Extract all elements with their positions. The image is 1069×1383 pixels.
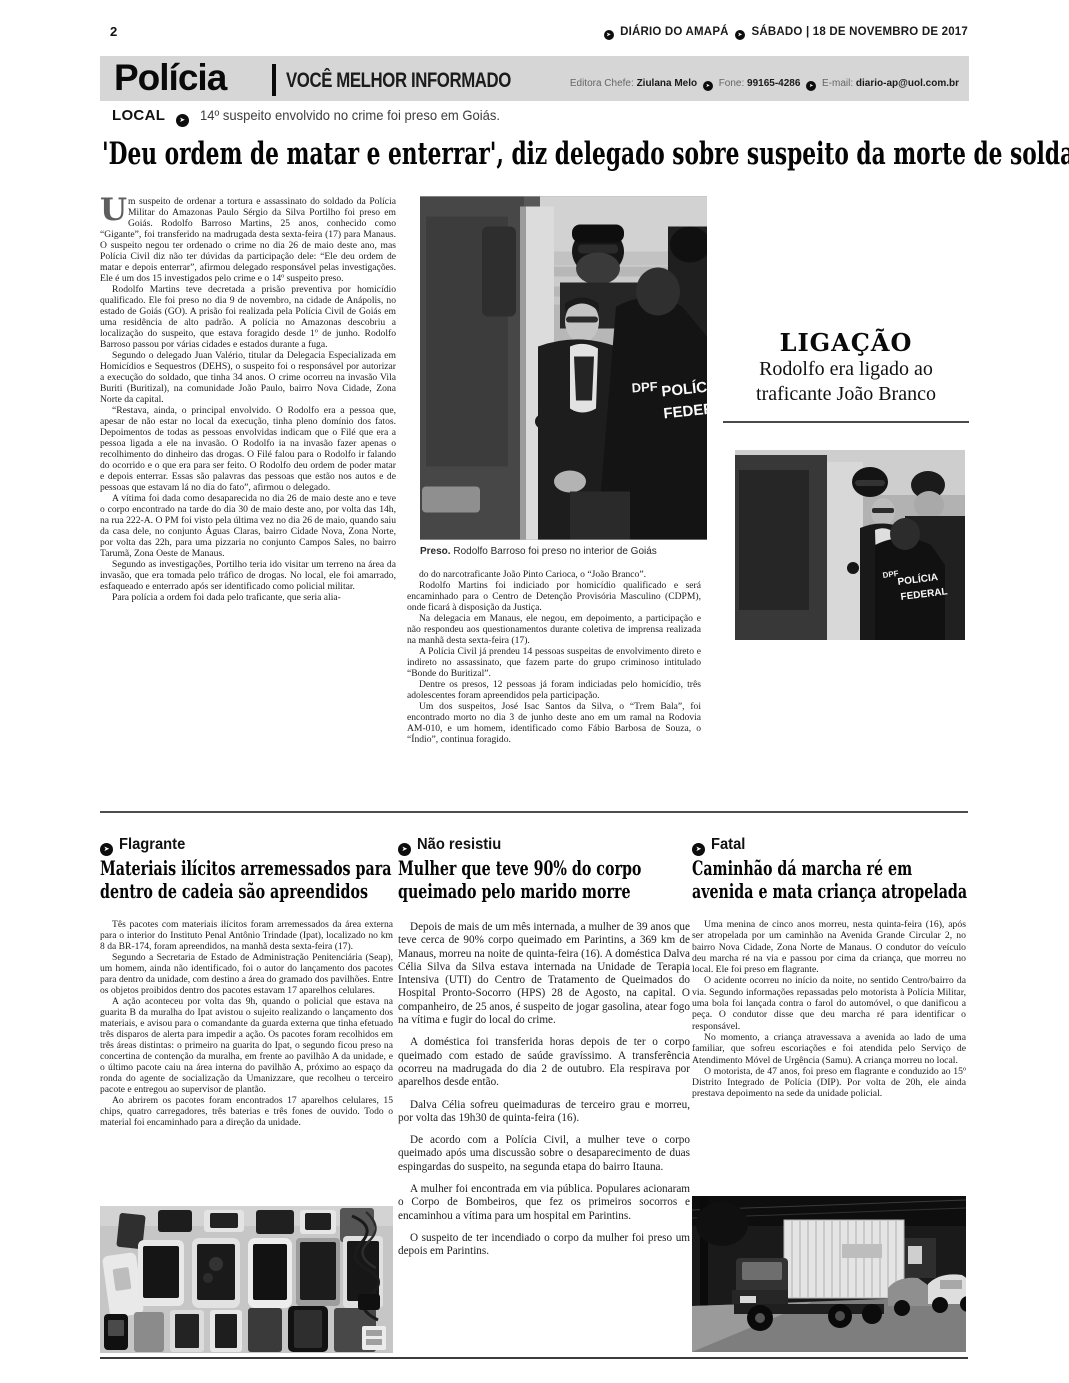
lead-paragraph: Rodolfo Martins foi indiciado por homicí… bbox=[407, 580, 701, 613]
bottom-page-rule bbox=[100, 1357, 968, 1359]
body-paragraph: A mulher foi encontrada em via pública. … bbox=[398, 1183, 690, 1223]
headline-line: Caminhão dá marcha ré em bbox=[692, 858, 985, 881]
sidebar-subtitle-line2: traficante João Branco bbox=[723, 382, 969, 407]
kicker-label: Fatal bbox=[711, 836, 745, 854]
globe-icon bbox=[735, 30, 745, 40]
phone bbox=[256, 1210, 294, 1234]
lead-kicker: LOCAL 14º suspeito envolvido no crime fo… bbox=[112, 107, 523, 127]
officer-face bbox=[914, 491, 944, 519]
page-number: 2 bbox=[110, 24, 117, 39]
charger-plug bbox=[358, 1294, 380, 1310]
sidebar-title: LIGAÇÃO bbox=[723, 328, 969, 357]
caption-text: Rodolfo Barroso foi preso no interior de… bbox=[451, 546, 657, 557]
van-mirror bbox=[482, 227, 516, 317]
editor-label: Editora Chefe: bbox=[570, 78, 634, 89]
door-handle bbox=[847, 562, 859, 574]
globe-icon bbox=[176, 114, 189, 127]
globe-icon bbox=[703, 81, 713, 91]
hands bbox=[554, 471, 586, 493]
lead-headline: 'Deu ordem de matar e enterrar', diz del… bbox=[102, 136, 969, 176]
body-paragraph: No momento, a criança atravessava a aven… bbox=[692, 1032, 966, 1066]
secondary-photo-arrest: DPF POLÍCIA FEDERAL bbox=[735, 450, 965, 640]
body-paragraph: O acidente ocorreu no início da noite, n… bbox=[692, 975, 966, 1031]
phone-number: 99165-4286 bbox=[747, 78, 800, 89]
globe-icon bbox=[692, 843, 705, 856]
lead-paragraph: do do narcotraficante João Pinto Carioca… bbox=[407, 569, 701, 580]
body-paragraph: De acordo com a Polícia Civil, a mulher … bbox=[398, 1134, 690, 1174]
masthead-line: DIÁRIO DO AMAPÁ SÁBADO | 18 DE NOVEMBRO … bbox=[601, 26, 968, 40]
sidebar-ligacao: LIGAÇÃO Rodolfo era ligado ao traficante… bbox=[723, 328, 969, 423]
lead-paragraph: Um dos suspeitos, José Isac Santos da Si… bbox=[407, 701, 701, 745]
body-paragraph: Ao abrirem os pacotes foram encontrados … bbox=[100, 1095, 393, 1128]
headline-line: Materiais ilícitos arremessados para bbox=[100, 858, 393, 881]
body-paragraph: O motorista, de 47 anos, foi preso em fl… bbox=[692, 1066, 966, 1100]
caption-lead: Preso. bbox=[420, 546, 451, 557]
globe-icon bbox=[398, 843, 411, 856]
headline-line: avenida e mata criança atropelada bbox=[692, 881, 985, 904]
body-paragraph: Tês pacotes com materiais ilícitos foram… bbox=[100, 919, 393, 952]
lead-paragraph: Dentre os presos, 12 pessoas já foram in… bbox=[407, 679, 701, 701]
body-paragraph: O suspeito de ter incendiado o corpo da … bbox=[398, 1232, 690, 1259]
article-fatal-body: Uma menina de cinco anos morreu, nesta q… bbox=[692, 919, 966, 1165]
photo-seized-phones bbox=[100, 1206, 393, 1353]
headline-line: dentro de cadeia são apreendidos bbox=[100, 881, 393, 904]
headline-line: Mulher que teve 90% do corpo bbox=[398, 858, 691, 881]
staff-line: Editora Chefe: Ziulana Melo Fone: 99165-… bbox=[570, 78, 959, 91]
article-fatal-headline: Caminhão dá marcha ré em avenida e mata … bbox=[692, 858, 1069, 903]
photo-truck-night bbox=[692, 1196, 966, 1352]
body-paragraph: Depois de mais de um mês internada, a mu… bbox=[398, 921, 690, 1027]
body-paragraph: A ação aconteceu por volta das 9h, quand… bbox=[100, 996, 393, 1095]
dropcap: U bbox=[100, 197, 125, 224]
lead-column-1: Um suspeito de ordenar a tortura e assas… bbox=[100, 196, 396, 804]
lead-paragraph: “Restava, ainda, o principal envolvido. … bbox=[100, 405, 396, 493]
lead-headline-text: 'Deu ordem de matar e enterrar', diz del… bbox=[102, 136, 969, 172]
sim-cards bbox=[362, 1326, 386, 1350]
lead-paragraph: Um suspeito de ordenar a tortura e assas… bbox=[100, 196, 396, 284]
editor-name: Ziulana Melo bbox=[637, 78, 698, 89]
suspect-glasses bbox=[872, 508, 894, 513]
phone-label: Fone: bbox=[719, 78, 745, 89]
email-label: E-mail: bbox=[822, 78, 853, 89]
section-title: Polícia bbox=[114, 57, 226, 99]
agent-head bbox=[890, 518, 920, 550]
kicker-label: Não resistiu bbox=[417, 836, 501, 854]
body-paragraph: Dalva Célia sofreu queimaduras de tercei… bbox=[398, 1099, 690, 1126]
lead-paragraph: Segundo as investigações, Portilho teria… bbox=[100, 559, 396, 592]
globe-icon bbox=[100, 843, 113, 856]
lead-paragraph: A Polícia Civil já prendeu 14 pessoas su… bbox=[407, 646, 701, 679]
lead-paragraph: Para polícia a ordem foi dada pelo trafi… bbox=[100, 592, 396, 603]
kicker-text: 14º suspeito envolvido no crime foi pres… bbox=[200, 107, 500, 123]
newspaper-page: 2 DIÁRIO DO AMAPÁ SÁBADO | 18 DE NOVEMBR… bbox=[0, 0, 1069, 1383]
globe-icon bbox=[806, 81, 816, 91]
email-address: diario-ap@uol.com.br bbox=[856, 78, 959, 89]
agent-head bbox=[636, 268, 680, 316]
lit-window bbox=[908, 1246, 922, 1264]
lead-photo-arrest: DPF POLÍCIA FEDERAL bbox=[420, 196, 707, 540]
lead-paragraph: Rodolfo Martins teve decretada a prisão … bbox=[100, 284, 396, 350]
body-paragraph: Uma menina de cinco anos morreu, nesta q… bbox=[692, 919, 966, 975]
body-paragraph: A doméstica foi transferida horas depois… bbox=[398, 1036, 690, 1089]
article-flagrante-body: Tês pacotes com materiais ilícitos foram… bbox=[100, 919, 393, 1199]
lead-paragraph: Segundo o delegado Juan Valério, titular… bbox=[100, 350, 396, 405]
headline-line: queimado pelo marido morre bbox=[398, 881, 691, 904]
kicker-label: Flagrante bbox=[119, 836, 185, 854]
tree bbox=[696, 1202, 748, 1246]
article-nao-resistiu-kicker: Não resistiu bbox=[398, 836, 509, 856]
masthead-name: DIÁRIO DO AMAPÁ bbox=[620, 26, 729, 38]
sunglasses bbox=[578, 245, 618, 254]
suspect-glasses bbox=[566, 317, 598, 323]
body-paragraph: Segundo a Secretaria de Estado de Admini… bbox=[100, 952, 393, 996]
lead-first-paragraph-text: m suspeito de ordenar a tortura e assass… bbox=[100, 196, 396, 284]
lead-paragraph: Na delegacia em Manaus, ele negou, em de… bbox=[407, 613, 701, 646]
kicker-label: LOCAL bbox=[112, 107, 165, 124]
lead-column-2: do do narcotraficante João Pinto Carioca… bbox=[407, 569, 701, 811]
van-taillight bbox=[422, 487, 480, 513]
section-divider bbox=[100, 811, 968, 813]
phone bbox=[248, 1308, 282, 1352]
phone bbox=[134, 1312, 164, 1352]
section-title-divider bbox=[272, 64, 276, 96]
article-fatal-kicker: Fatal bbox=[692, 836, 748, 856]
masthead-date: SÁBADO | 18 DE NOVEMBRO DE 2017 bbox=[752, 26, 968, 38]
photo-caption: Preso. Rodolfo Barroso foi preso no inte… bbox=[420, 546, 707, 557]
sidebar-subtitle-line1: Rodolfo era ligado ao bbox=[723, 357, 969, 382]
article-nao-resistiu-body: Depois de mais de um mês internada, a mu… bbox=[398, 921, 690, 1347]
lead-paragraph: A vítima foi dada como desaparecida no d… bbox=[100, 493, 396, 559]
section-banner: Polícia VOCÊ MELHOR INFORMADO Editora Ch… bbox=[100, 56, 969, 101]
jacket-badge-text: DPF bbox=[631, 379, 658, 396]
article-flagrante-kicker: Flagrante bbox=[100, 836, 191, 856]
section-tagline: VOCÊ MELHOR INFORMADO bbox=[286, 69, 511, 93]
phone bbox=[158, 1210, 192, 1232]
globe-icon bbox=[604, 30, 614, 40]
